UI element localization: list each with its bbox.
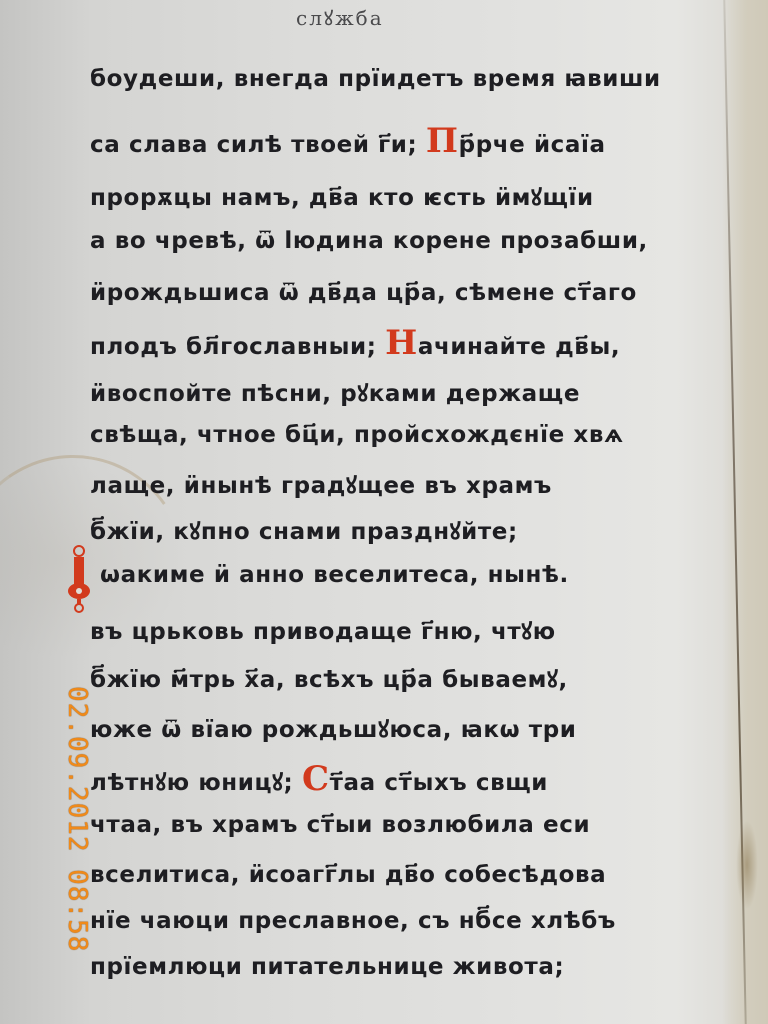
text-line-12: въ црьковь приводаще г҃ню, чтꙋю <box>90 614 556 656</box>
text-line-11: ѡакиме ӥ анно веселитеса, нынѣ. <box>90 562 569 604</box>
manuscript-page: слꙋжба боудеши, внегда прїидетъ время ꙗв… <box>0 0 768 1024</box>
text-line-2: са слава силѣ твоей г҃и; Пр҃рче ӥсаїа <box>90 124 606 166</box>
edge-stain <box>736 820 758 910</box>
red-initial-S: С <box>302 759 330 799</box>
text-line-4: а во чревѣ, ѿ ӏюдина корене прозабши, <box>90 228 648 270</box>
text-line-7: ӥвоспойте пѣсни, рꙋками держаще <box>90 376 580 418</box>
text-line-17: вселитиса, ӥсоагг҃лы дв҃о собесѣдова <box>90 862 606 904</box>
text-line-14: юже ѿ вїаю рождьшꙋюса, ꙗкѡ три <box>90 712 577 754</box>
camera-timestamp: 02.09.2012 08:58 <box>56 686 92 986</box>
text-line-5: ӥрождьшиса ѿ дв҃да цр҃а, сѣмене ст҃аго <box>90 280 637 322</box>
text-line-13: б҃жїю м҃трь х҃а, всѣхъ цр҃а бываемꙋ, <box>90 662 568 704</box>
text-line-1: боудеши, внегда прїидетъ время ꙗвиши <box>90 66 661 108</box>
text-line-6: плодъ бл҃гославныи; Начинайте дв҃ы, <box>90 326 620 368</box>
text-line-3: прорѫцы намъ, дв҃а кто ѥсть ӥмꙋщїи <box>90 180 594 222</box>
text-line-8: свѣща, чтное бц҃и, пройсхождєнїе хвѧ <box>90 422 624 464</box>
text-line-15: лѣтнꙋю юницꙋ; Ст҃аа ст҃ыхъ свщи <box>90 762 548 804</box>
red-initial-P: П <box>426 121 459 161</box>
text-line-18: нїе чаюци преславное, съ нб҃се хлѣбъ <box>90 908 616 950</box>
red-initial-N: Н <box>385 323 418 363</box>
running-head: слꙋжба <box>296 4 496 34</box>
text-line-9: лаще, ӥнынѣ градꙋщее въ храмъ <box>90 468 552 510</box>
text-line-10: б҃жїи, кꙋпно снами празднꙋйте; <box>90 514 518 556</box>
text-line-16: чтаа, въ храмъ ст҃ыи возлюбила еси <box>90 812 590 854</box>
text-line-19: прїемлюци питательнице живота; <box>90 954 564 996</box>
